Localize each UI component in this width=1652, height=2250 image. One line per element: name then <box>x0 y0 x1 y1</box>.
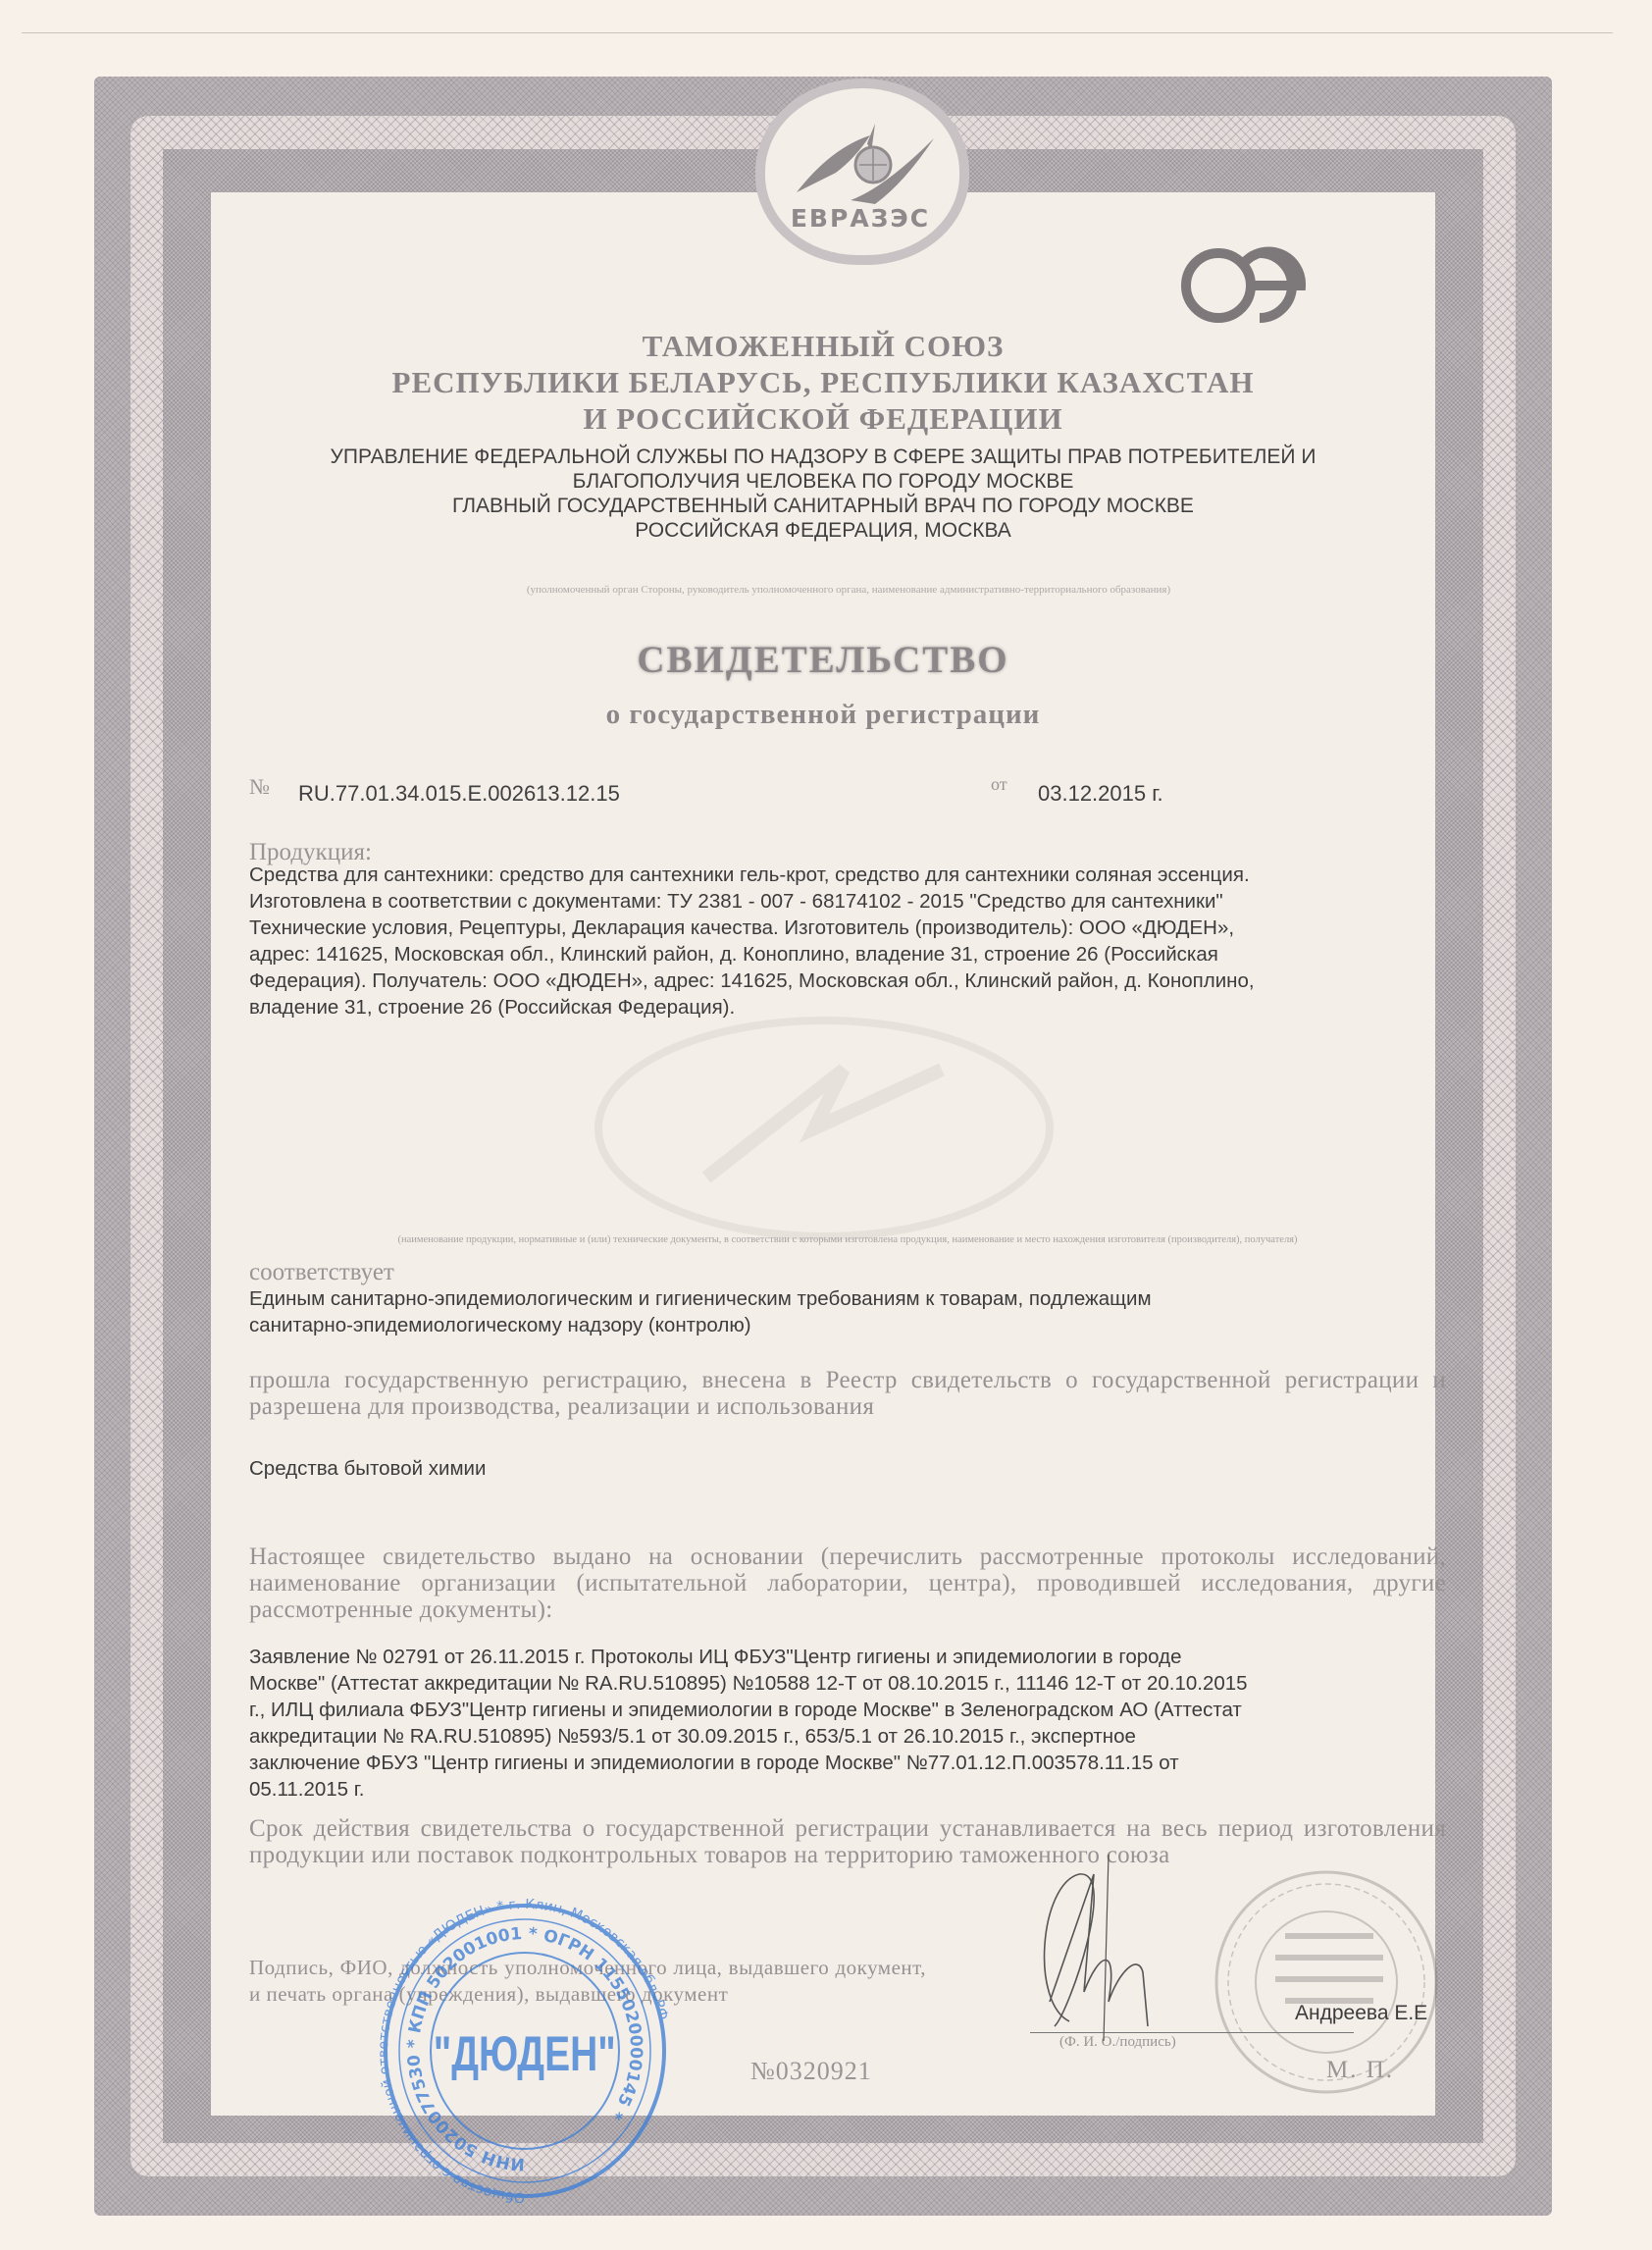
basis-line: г., ИЛЦ филиала ФБУЗ"Центр гигиены и эпи… <box>249 1697 1446 1723</box>
number-label: № <box>249 774 270 800</box>
authority-caption: (уполномоченный орган Стороны, руководит… <box>343 584 1354 596</box>
authority-line: БЛАГОПОЛУЧИЯ ЧЕЛОВЕКА ПО ГОРОДУ МОСКВЕ <box>211 469 1435 494</box>
customs-union-conformity-mark-icon <box>1175 243 1313 328</box>
union-title-line-1: ТАМОЖЕННЫЙ СОЮЗ <box>211 329 1435 364</box>
certificate-number: RU.77.01.34.015.Е.002613.12.15 <box>298 781 620 807</box>
product-caption: (наименование продукции, нормативные и (… <box>249 1234 1446 1245</box>
certificate-date: 03.12.2015 г. <box>1038 781 1163 807</box>
basis-documents: Заявление № 02791 от 26.11.2015 г. Прото… <box>249 1644 1446 1803</box>
union-title-line-2: РЕСПУБЛИКИ БЕЛАРУСЬ, РЕСПУБЛИКИ КАЗАХСТА… <box>211 365 1435 400</box>
product-line: Технические условия, Рецептуры, Декларац… <box>249 915 1446 941</box>
basis-line: Москве" (Аттестат аккредитации № RA.RU.5… <box>249 1670 1446 1697</box>
union-title-line-3: И РОССИЙСКОЙ ФЕДЕРАЦИИ <box>211 401 1435 437</box>
product-line: Средства для сантехники: средство для са… <box>249 862 1446 888</box>
basis-statement: Настоящее свидетельство выдано на основа… <box>249 1544 1446 1623</box>
certificate-title: СВИДЕТЕЛЬСТВО <box>211 638 1435 682</box>
registration-statement: прошла государственную регистрацию, внес… <box>249 1367 1446 1420</box>
eurasec-logo: ЕВРАЗЭС <box>777 114 944 241</box>
certificate-subtitle: о государственной регистрации <box>211 699 1435 731</box>
basis-line: Заявление № 02791 от 26.11.2015 г. Прото… <box>249 1644 1446 1670</box>
issuing-authority: УПРАВЛЕНИЕ ФЕДЕРАЛЬНОЙ СЛУЖБЫ ПО НАДЗОРУ… <box>211 445 1435 543</box>
svg-text:"ДЮДЕН": "ДЮДЕН" <box>434 2025 616 2081</box>
authority-line: РОССИЙСКАЯ ФЕДЕРАЦИЯ, МОСКВА <box>211 518 1435 543</box>
date-label: от <box>991 774 1007 795</box>
product-description: Средства для сантехники: средство для са… <box>249 862 1446 1020</box>
eurasec-watermark-icon <box>589 1011 1059 1246</box>
eurasec-emblem-icon <box>777 114 944 207</box>
conformity-line: санитарно-эпидемиологическому надзору (к… <box>249 1312 1446 1338</box>
company-seal-icon: Общество с ограниченной ответственностью… <box>378 1899 672 2203</box>
product-line: Федерация). Получатель: ООО «ДЮДЕН», адр… <box>249 968 1446 994</box>
signer-name: Андреева Е.Е <box>1295 2002 1427 2025</box>
basis-line: заключение ФБУЗ "Центр гигиены и эпидеми… <box>249 1750 1446 1776</box>
authority-line: УПРАВЛЕНИЕ ФЕДЕРАЛЬНОЙ СЛУЖБЫ ПО НАДЗОРУ… <box>211 445 1435 469</box>
handwritten-signature-icon <box>1010 1855 1197 2041</box>
conformity-requirements: Единым санитарно-эпидемиологическим и ги… <box>249 1285 1446 1338</box>
basis-line: 05.11.2015 г. <box>249 1776 1446 1803</box>
seal-place-label: М. П. <box>1326 2057 1394 2084</box>
authority-line: ГЛАВНЫЙ ГОСУДАРСТВЕННЫЙ САНИТАРНЫЙ ВРАЧ … <box>211 494 1435 518</box>
product-line: Изготовлена в соответствии с документами… <box>249 888 1446 915</box>
product-line: владение 31, строение 26 (Российская Фед… <box>249 994 1446 1020</box>
scan-artifact-line <box>22 32 1613 33</box>
form-serial-number: №0320921 <box>750 2057 872 2086</box>
product-line: адрес: 141625, Московская обл., Клинский… <box>249 941 1446 968</box>
conformity-line: Единым санитарно-эпидемиологическим и ги… <box>249 1285 1446 1312</box>
product-category: Средства бытовой химии <box>249 1455 1446 1482</box>
validity-statement: Срок действия свидетельства о государств… <box>249 1815 1446 1868</box>
eurasec-label: ЕВРАЗЭС <box>777 204 944 233</box>
conforms-label: соответствует <box>249 1259 394 1286</box>
basis-line: аккредитации № RA.RU.510895) №593/5.1 от… <box>249 1723 1446 1750</box>
